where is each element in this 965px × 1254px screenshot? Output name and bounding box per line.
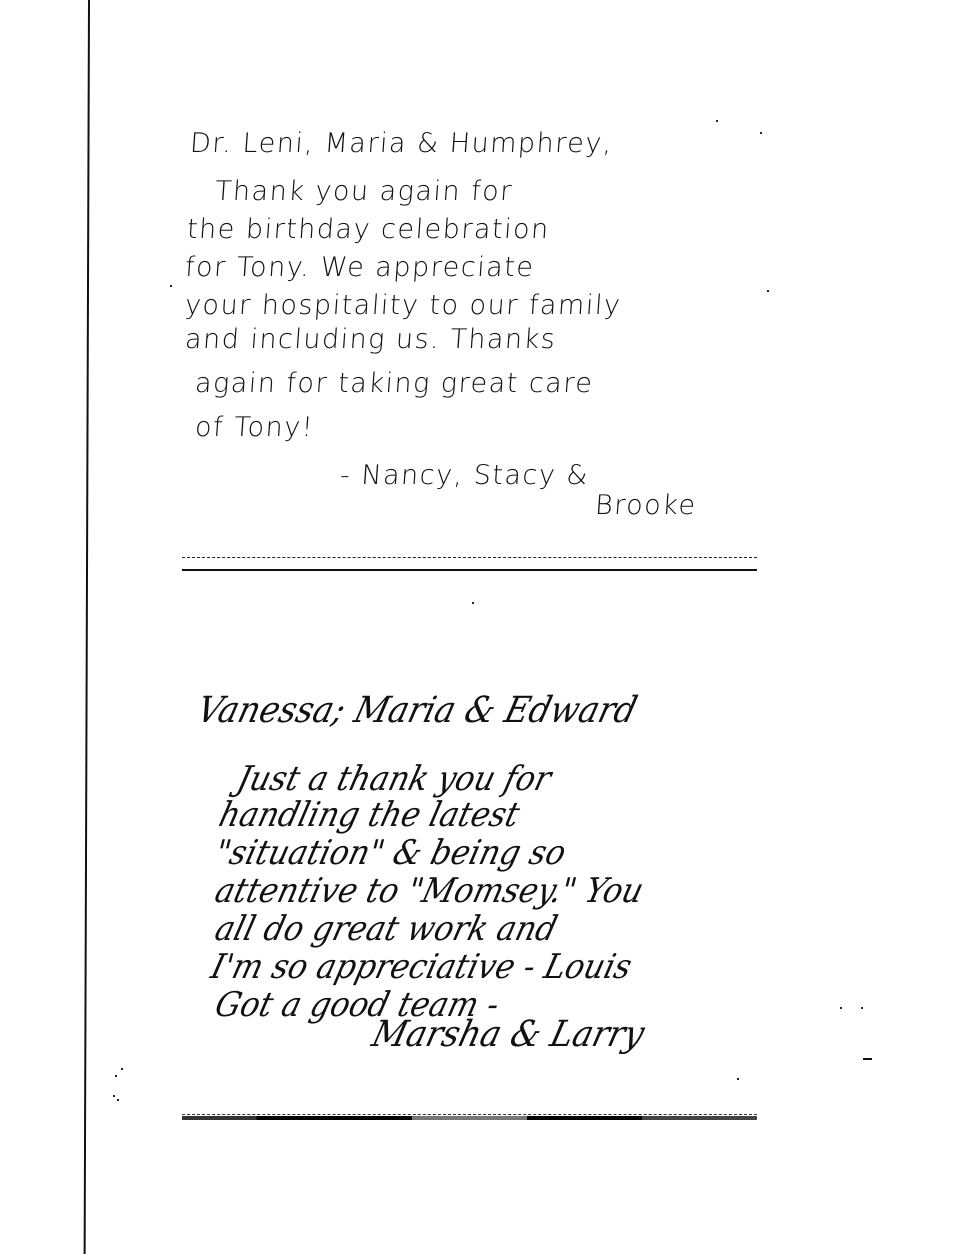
scan-speck: [121, 1068, 123, 1070]
scan-speck: [716, 120, 718, 122]
note-2-salutation: Vanessa; Maria & Edward: [192, 688, 737, 734]
note-1-signature-continued: Brooke: [594, 487, 767, 525]
note-1-body-line: for Tony. We appreciate: [184, 249, 767, 287]
divider-dashed-line: [182, 557, 757, 558]
scan-dash-mark: [863, 1058, 872, 1060]
divider-dashed-line: [182, 1114, 757, 1115]
page-margin-line: [84, 0, 90, 1254]
scan-speck: [767, 290, 769, 292]
note-divider: [182, 557, 757, 571]
divider-solid-line: [182, 569, 757, 571]
thank-you-note-1: Dr. Leni, Maria & Humphrey, Thank you ag…: [185, 125, 765, 525]
scan-speck: [472, 602, 474, 604]
note-1-body-line: again for taking great care: [194, 365, 767, 403]
thank-you-note-2: Vanessa; Maria & Edward Just a thank you…: [198, 688, 778, 1058]
note-divider: [182, 1114, 757, 1120]
note-1-body-line: of Tony!: [194, 409, 767, 447]
note-1-body-line: the birthday celebration: [186, 211, 767, 249]
scan-speck: [113, 1095, 115, 1097]
note-1-body-line: and including us. Thanks: [184, 321, 767, 359]
note-1-salutation: Dr. Leni, Maria & Humphrey,: [189, 125, 767, 163]
scan-speck: [840, 1007, 842, 1009]
scan-speck: [861, 1007, 863, 1009]
scan-speck: [760, 132, 762, 134]
scan-speck: [737, 1078, 739, 1080]
scan-speck: [115, 1075, 117, 1077]
note-1-body-line: Thank you again for: [214, 173, 767, 211]
note-2-signature: Marsha & Larry: [367, 1012, 751, 1058]
scan-speck: [170, 285, 172, 287]
note-1-body-line: your hospitality to our family: [184, 287, 767, 325]
scan-speck: [117, 1099, 119, 1101]
divider-solid-line: [182, 1116, 757, 1120]
